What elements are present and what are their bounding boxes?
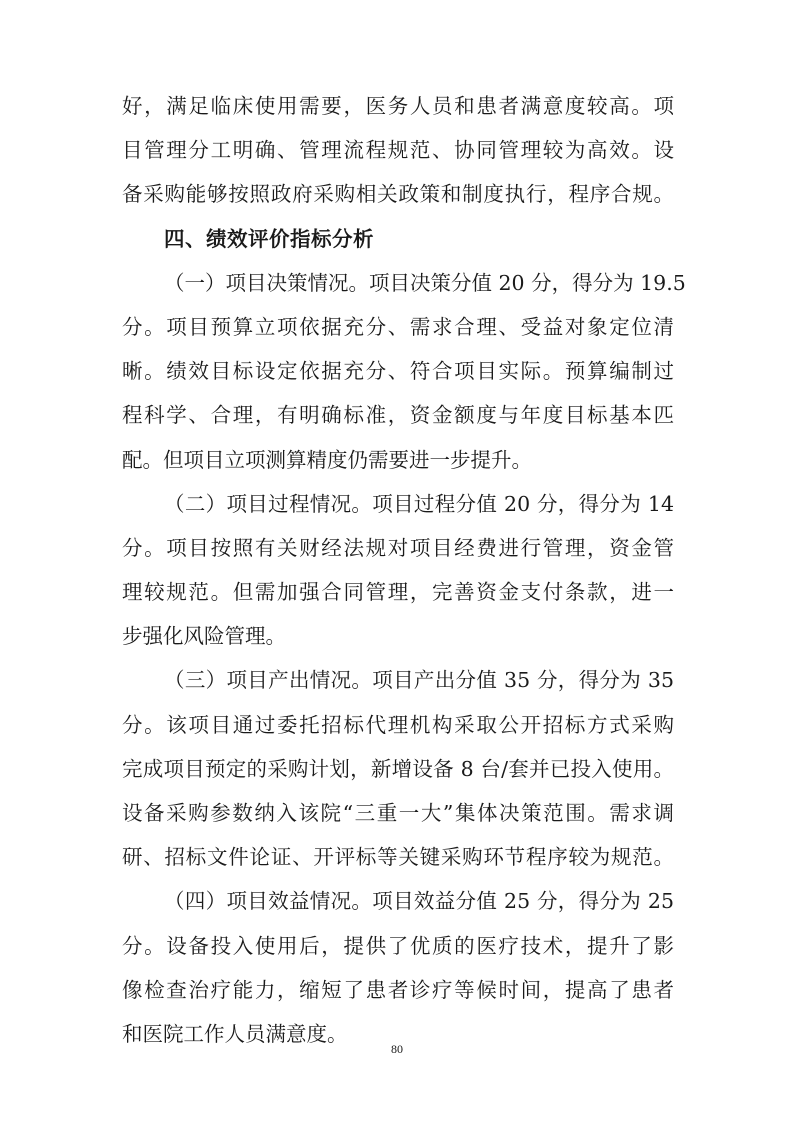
subsection-first-line: （三）项目产出情况。项目产出分值 35 分，得分为 35 (122, 658, 674, 702)
subsection-first-line: （二）项目过程情况。项目过程分值 20 分，得分为 14 (122, 482, 674, 526)
subsection-benefit: （四）项目效益情况。项目效益分值 25 分，得分为 25 分。设备投入使用后，提… (122, 879, 674, 1056)
text-line: 分。设备投入使用后，提供了优质的医疗技术，提升了影 (122, 924, 674, 968)
text-line: 晰。绩效目标设定依据充分、符合项目实际。预算编制过 (122, 349, 674, 393)
text-line: 步强化风险管理。 (122, 614, 674, 658)
text-line: 研、招标文件论证、开评标等关键采购环节程序较为规范。 (122, 835, 674, 879)
text-line: 分。项目预算立项依据充分、需求合理、受益对象定位清 (122, 305, 674, 349)
text-line: 像检查治疗能力，缩短了患者诊疗等候时间，提高了患者 (122, 968, 674, 1012)
subsection-first-line: （一）项目决策情况。项目决策分值 20 分，得分为 19.5 (122, 261, 674, 305)
text-line: 配。但项目立项测算精度仍需要进一步提升。 (122, 438, 674, 482)
text-line: 备采购能够按照政府采购相关政策和制度执行，程序合规。 (122, 172, 674, 216)
text-line: 设备采购参数纳入该院“三重一大”集体决策范围。需求调 (122, 791, 674, 835)
text-line: 理较规范。但需加强合同管理，完善资金支付条款，进一 (122, 570, 674, 614)
subsection-output: （三）项目产出情况。项目产出分值 35 分，得分为 35 分。该项目通过委托招标… (122, 658, 674, 879)
subsection-first-line: （四）项目效益情况。项目效益分值 25 分，得分为 25 (122, 879, 674, 923)
subsection-decision: （一）项目决策情况。项目决策分值 20 分，得分为 19.5 分。项目预算立项依… (122, 261, 674, 482)
continuation-paragraph: 好，满足临床使用需要，医务人员和患者满意度较高。项 目管理分工明确、管理流程规范… (122, 84, 674, 217)
text-line: 分。项目按照有关财经法规对项目经费进行管理，资金管 (122, 526, 674, 570)
text-line: 目管理分工明确、管理流程规范、协同管理较为高效。设 (122, 128, 674, 172)
text-line: 好，满足临床使用需要，医务人员和患者满意度较高。项 (122, 84, 674, 128)
subsection-process: （二）项目过程情况。项目过程分值 20 分，得分为 14 分。项目按照有关财经法… (122, 482, 674, 659)
text-line: 分。该项目通过委托招标代理机构采取公开招标方式采购 (122, 703, 674, 747)
page-body: 好，满足临床使用需要，医务人员和患者满意度较高。项 目管理分工明确、管理流程规范… (122, 84, 674, 1056)
text-line: 程科学、合理，有明确标准，资金额度与年度目标基本匹 (122, 393, 674, 437)
section-heading: 四、绩效评价指标分析 (122, 217, 674, 261)
page-number: 80 (0, 1042, 794, 1057)
text-line: 完成项目预定的采购计划，新增设备 8 台/套并已投入使用。 (122, 747, 674, 791)
document-page: 好，满足临床使用需要，医务人员和患者满意度较高。项 目管理分工明确、管理流程规范… (0, 0, 794, 1123)
